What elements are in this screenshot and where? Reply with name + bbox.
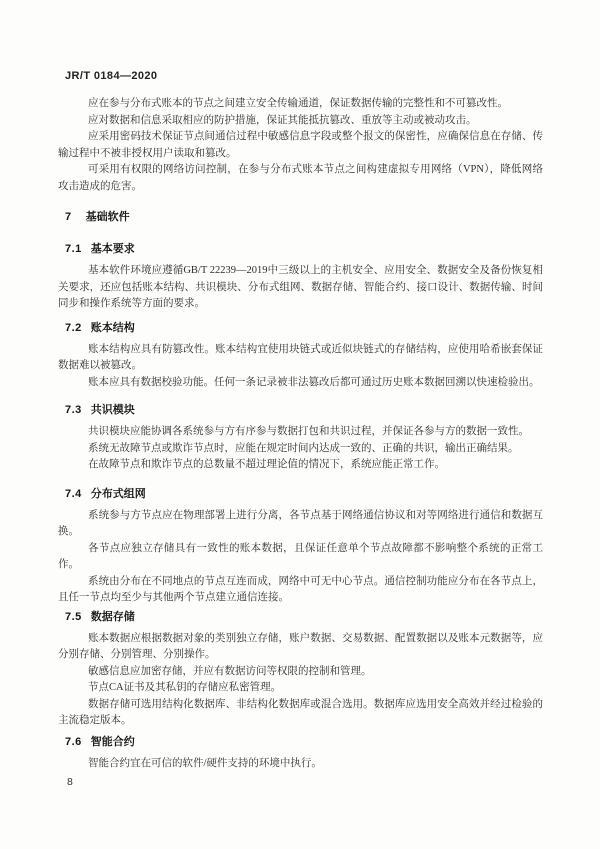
- section-heading-7-5: 7.5数据存储: [65, 609, 543, 625]
- intro-paragraph: 应在参与分布式账本的节点之间建立安全传输通道，保证数据传输的完整性和不可篡改性。: [58, 96, 543, 113]
- section-paragraph: 数据存储可选用结构化数据库、非结构化数据库或混合选用。数据库应选用安全高效并经过…: [58, 697, 543, 730]
- section-title: 数据存储: [91, 611, 135, 623]
- section-heading-7-2: 7.2账本结构: [65, 320, 543, 336]
- document-content: 应在参与分布式账本的节点之间建立安全传输通道，保证数据传输的完整性和不可篡改性。…: [58, 80, 543, 772]
- section-paragraph: 共识模块应能协调各系统参与方有序参与数据打包和共识过程，并保证各参与方的数据一致…: [58, 424, 543, 441]
- intro-paragraph: 应对数据和信息采取相应的防护措施，保证其能抵抗篡改、重放等主动或被动攻击。: [58, 113, 543, 130]
- section-number: 7.2: [65, 320, 82, 336]
- section-paragraph: 智能合约宜在可信的软件/硬件支持的环境中执行。: [58, 756, 543, 773]
- section-heading-7-3: 7.3共识模块: [65, 402, 543, 418]
- section-number: 7.4: [65, 486, 82, 502]
- section-number: 7.6: [65, 734, 82, 750]
- chapter-title: 基础软件: [86, 211, 130, 223]
- section-title: 账本结构: [91, 322, 135, 334]
- section-paragraph: 系统由分布在不同地点的节点互连而成，网络中可无中心节点。通信控制功能应分布在各节…: [58, 574, 543, 607]
- chapter-heading: 7基础软件: [65, 209, 543, 225]
- section-title: 共识模块: [91, 404, 135, 416]
- section-title: 分布式组网: [91, 488, 146, 500]
- section-heading-7-4: 7.4分布式组网: [65, 486, 543, 502]
- section-title: 智能合约: [91, 736, 135, 748]
- page-number: 8: [67, 774, 73, 791]
- section-paragraph: 系统参与方节点应在物理部署上进行分离，各节点基于网络通信协议和对等网络进行通信和…: [58, 508, 543, 541]
- section-heading-7-1: 7.1基本要求: [65, 241, 543, 257]
- section-paragraph: 账本结构应具有防篡改性。账本结构宜使用块链式或近似块链式的存储结构，应使用哈希嵌…: [58, 342, 543, 375]
- section-paragraph: 基本软件环境应遵循GB/T 22239—2019中三级以上的主机安全、应用安全、…: [58, 263, 543, 313]
- section-number: 7.5: [65, 609, 82, 625]
- section-paragraph: 敏感信息应加密存储，并应有数据访问等权限的控制和管理。: [58, 664, 543, 681]
- section-title: 基本要求: [91, 243, 135, 255]
- section-paragraph: 账本应具有数据校验功能。任何一条记录被非法篡改后都可通过历史账本数据回溯以快速检…: [58, 375, 543, 392]
- section-paragraph: 系统无故障节点或欺诈节点时，应能在规定时间内达成一致的、正确的共识，输出正确结果…: [58, 441, 543, 458]
- section-heading-7-6: 7.6智能合约: [65, 734, 543, 750]
- section-paragraph: 节点CA证书及其私钥的存储应私密管理。: [58, 680, 543, 697]
- section-number: 7.1: [65, 241, 82, 257]
- section-paragraph: 各节点应独立存储具有一致性的账本数据，且保证任意单个节点故障都不影响整个系统的正…: [58, 541, 543, 574]
- section-number: 7.3: [65, 402, 82, 418]
- section-paragraph: 账本数据应根据数据对象的类别独立存储，账户数据、交易数据、配置数据以及账本元数据…: [58, 631, 543, 664]
- section-paragraph: 在故障节点和欺诈节点的总数量不超过理论值的情况下，系统应能正常工作。: [58, 457, 543, 474]
- intro-paragraph: 可采用有权限的网络访问控制，在参与分布式账本节点之间构建虚拟专用网络（VPN），…: [58, 162, 543, 195]
- chapter-number: 7: [65, 209, 72, 225]
- intro-paragraph: 应采用密码技术保证节点间通信过程中敏感信息字段或整个报文的保密性，应确保信息在存…: [58, 129, 543, 162]
- document-page: JR/T 0184—2020 应在参与分布式账本的节点之间建立安全传输通道，保证…: [0, 0, 600, 849]
